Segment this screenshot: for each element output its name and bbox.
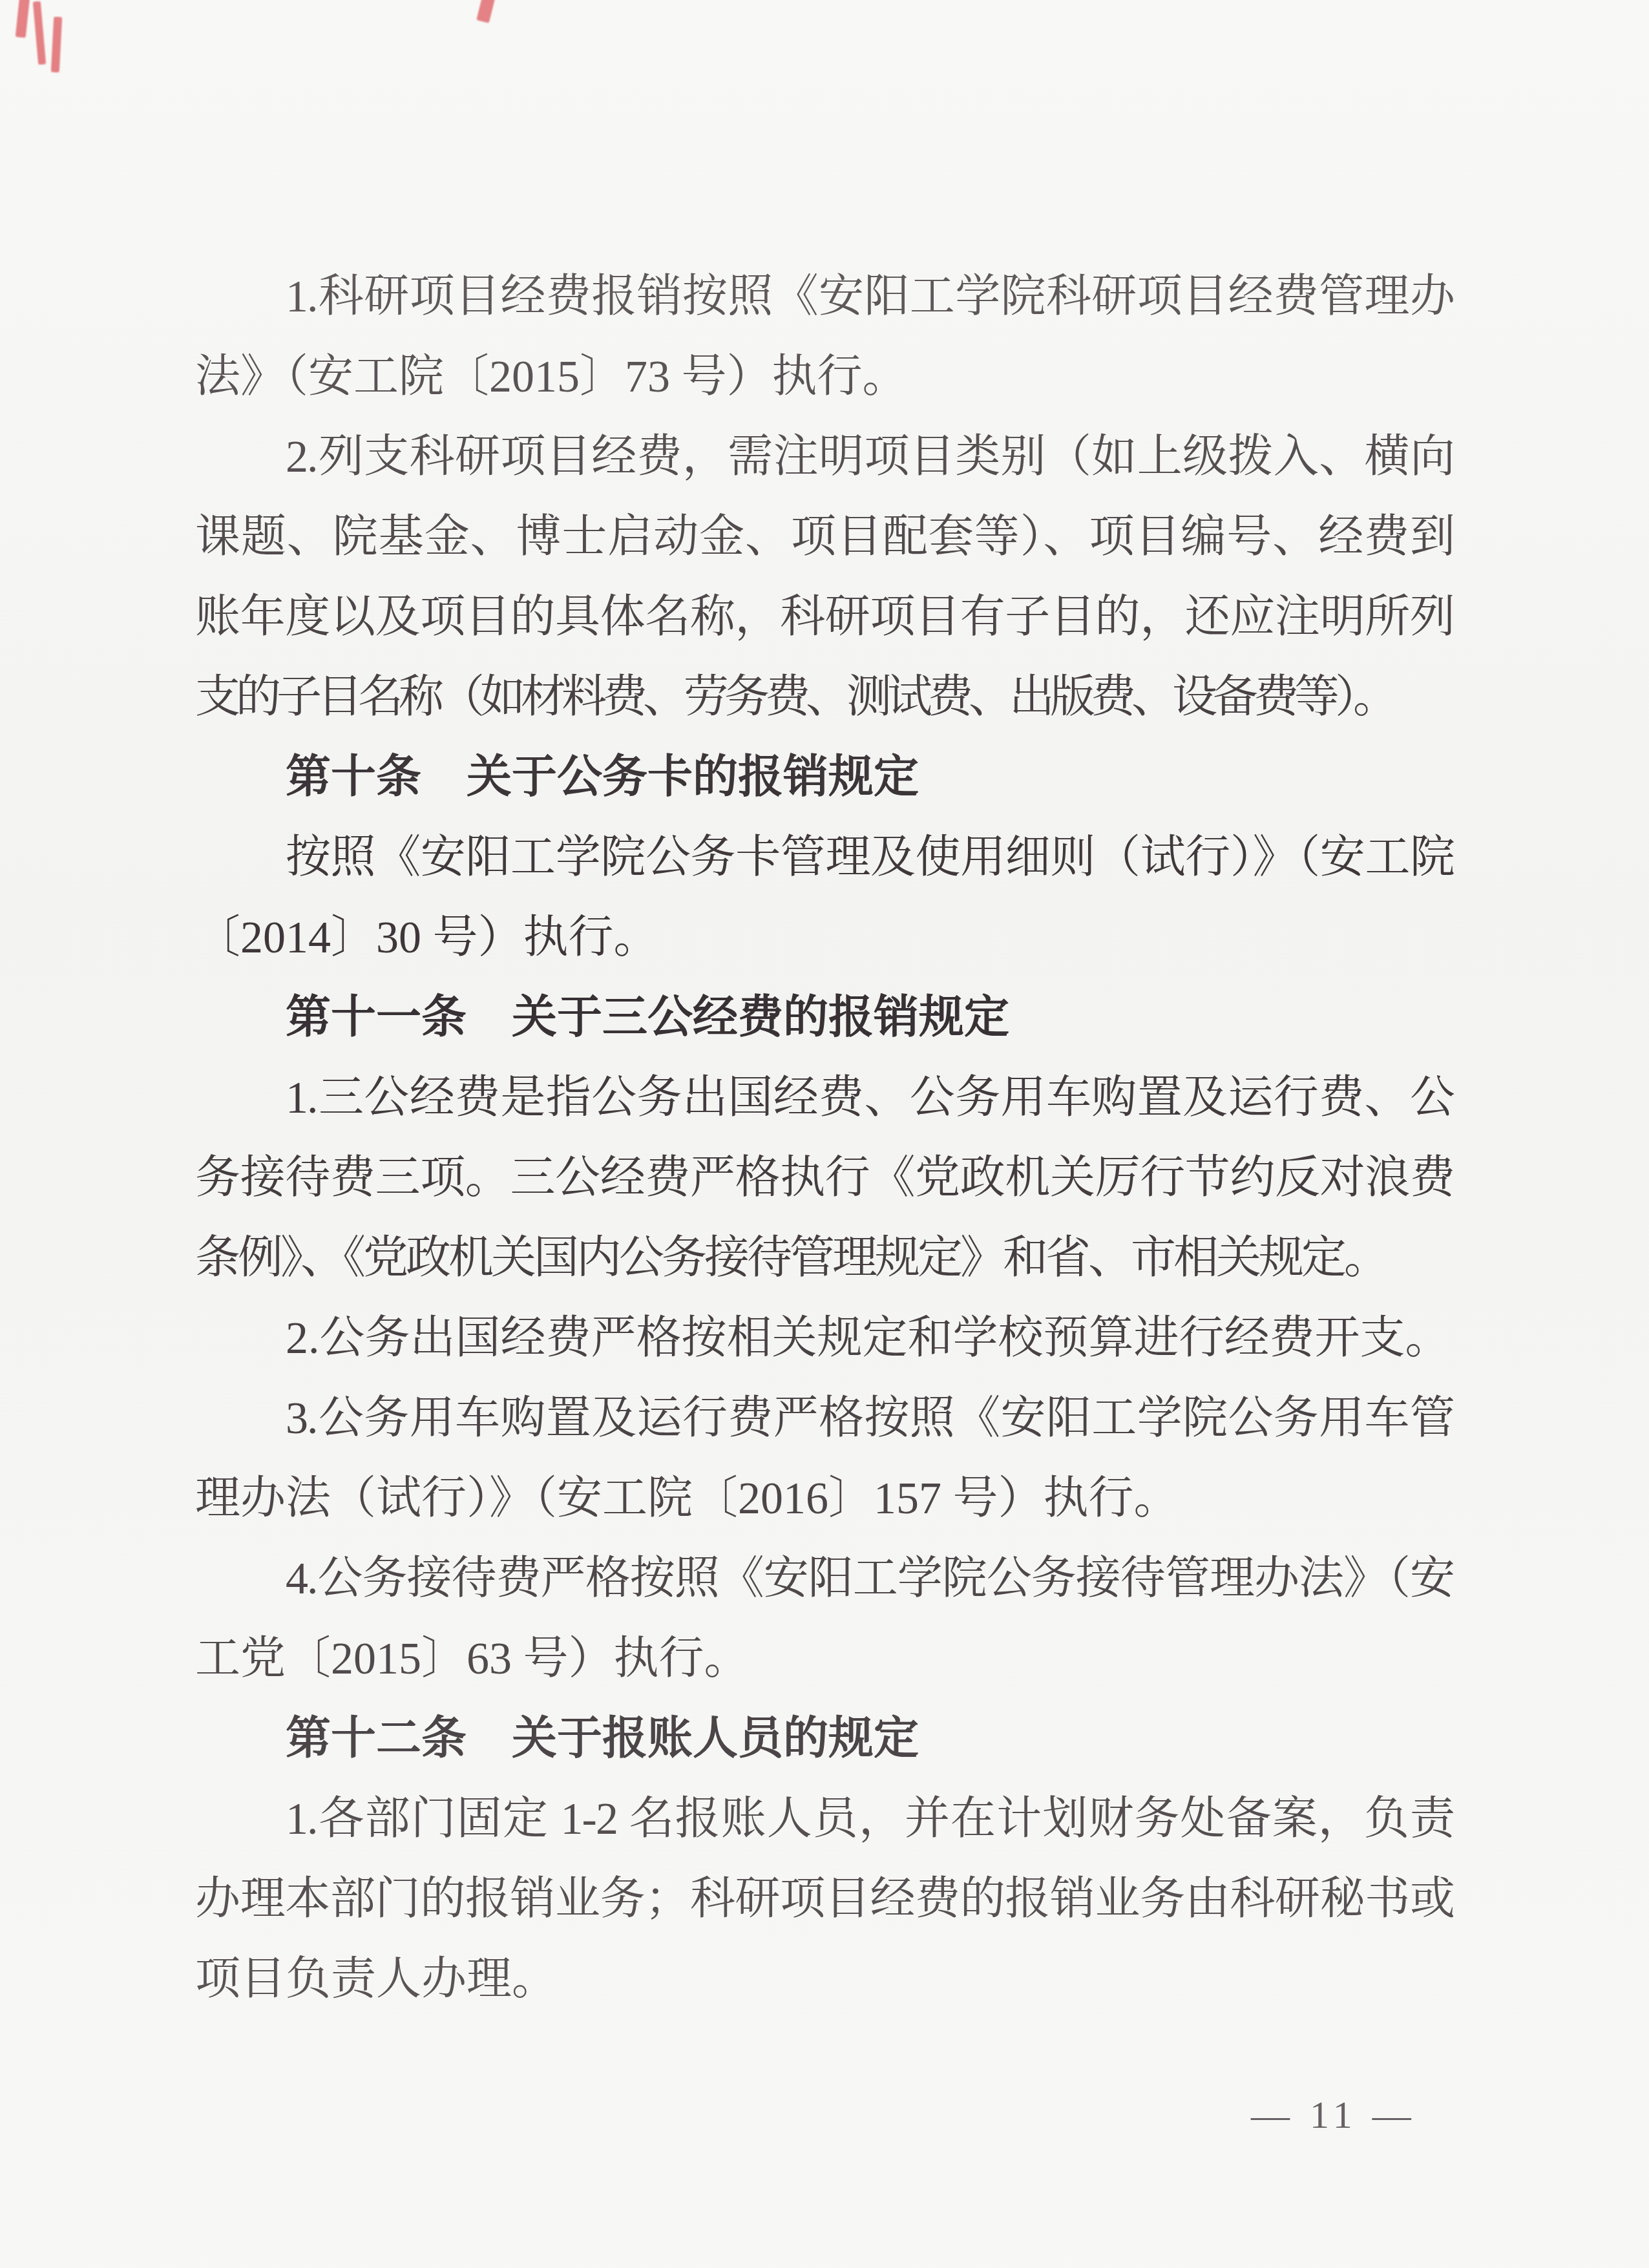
text-line: 1.三公经费是指公务出国经费、公务用车购置及运行费、公: [195, 1058, 1454, 1139]
text-line: 1.科研项目经费报销按照《安阳工学院科研项目经费管理办: [195, 257, 1454, 337]
text-line: 条例》、《党政机关国内公务接待管理规定》和省、市相关规定。: [195, 1219, 1454, 1299]
text-line: 课题、院基金、博士启动金、项目配套等）、项目编号、经费到: [195, 498, 1454, 578]
section-heading: 第十条 关于公务卡的报销规定: [195, 738, 1454, 818]
text-line: 2.列支科研项目经费，需注明项目类别（如上级拨入、横向: [195, 417, 1454, 498]
text-line: 2.公务出国经费严格按相关规定和学校预算进行经费开支。: [195, 1299, 1454, 1379]
text-line: 3.公务用车购置及运行费严格按照《安阳工学院公务用车管: [195, 1379, 1454, 1459]
page-number: — 11 —: [1251, 2092, 1416, 2137]
text-line: 工党〔2015〕63 号）执行。: [195, 1619, 1454, 1699]
document-body: 1.科研项目经费报销按照《安阳工学院科研项目经费管理办 法》（安工院〔2015〕…: [195, 257, 1454, 2020]
text-line: 按照《安阳工学院公务卡管理及使用细则（试行）》（安工院: [195, 818, 1454, 898]
scan-artifact-red-mark: [476, 0, 496, 23]
text-line: 办理本部门的报销业务；科研项目经费的报销业务由科研秘书或: [195, 1860, 1454, 1940]
scan-artifact-red-mark: [16, 0, 30, 38]
section-heading: 第十二条 关于报账人员的规定: [195, 1699, 1454, 1780]
text-line: 4.公务接待费严格按照《安阳工学院公务接待管理办法》（安: [195, 1539, 1454, 1619]
text-line: 理办法（试行）》（安工院〔2016〕157 号）执行。: [195, 1459, 1454, 1539]
text-line: 务接待费三项。三公经费严格执行《党政机关厉行节约反对浪费: [195, 1139, 1454, 1219]
text-line: 支的子目名称（如材料费、劳务费、测试费、出版费、设备费等）。: [195, 658, 1454, 738]
text-line: 〔2014〕30 号）执行。: [195, 898, 1454, 978]
text-line: 1.各部门固定 1-2 名报账人员，并在计划财务处备案，负责: [195, 1780, 1454, 1860]
section-heading: 第十一条 关于三公经费的报销规定: [195, 978, 1454, 1058]
scan-artifact-red-mark: [51, 17, 62, 73]
text-line: 法》（安工院〔2015〕73 号）执行。: [195, 337, 1454, 417]
scan-artifact-red-mark: [33, 1, 46, 65]
text-line: 账年度以及项目的具体名称，科研项目有子目的，还应注明所列: [195, 578, 1454, 658]
document-page: 1.科研项目经费报销按照《安阳工学院科研项目经费管理办 法》（安工院〔2015〕…: [0, 0, 1649, 2268]
text-line: 项目负责人办理。: [195, 1940, 1454, 2020]
